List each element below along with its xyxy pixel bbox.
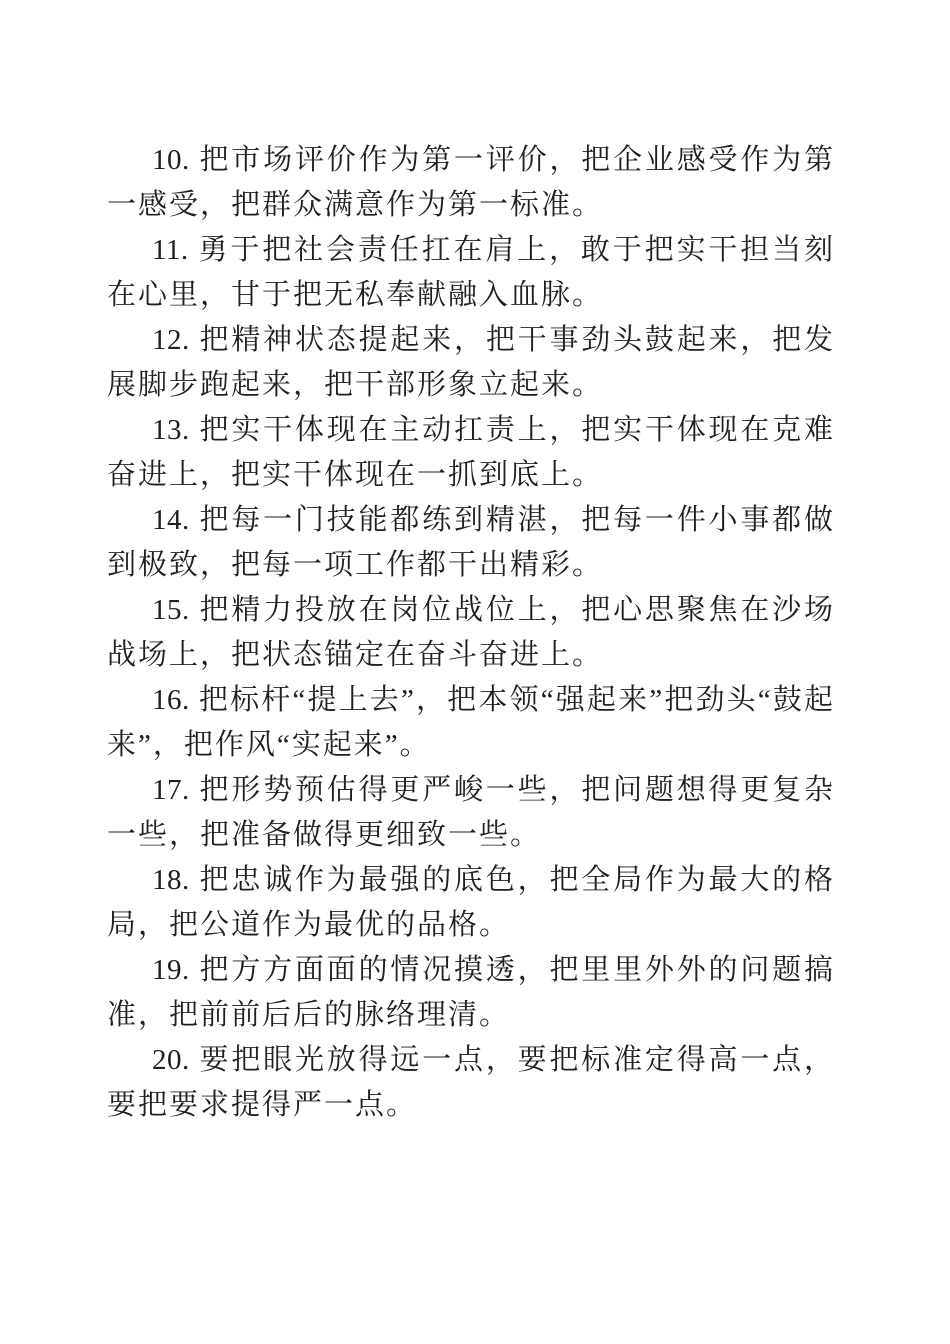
item-number: 15.	[152, 594, 190, 626]
item-number: 10.	[152, 144, 190, 176]
item-number: 18.	[152, 864, 190, 896]
item-number: 13.	[152, 414, 190, 446]
item-text: 把形势预估得更严峻一些，把问题想得更复杂一些，把准备做得更细致一些。	[107, 774, 835, 851]
list-item: 12.把精神状态提起来，把干事劲头鼓起来，把发展脚步跑起来，把干部形象立起来。	[107, 318, 835, 408]
list-item: 16.把标杆“提上去”，把本领“强起来”把劲头“鼓起来”，把作风“实起来”。	[107, 678, 835, 768]
item-text: 把每一门技能都练到精湛，把每一件小事都做到极致，把每一项工作都干出精彩。	[107, 504, 835, 581]
item-text: 把实干体现在主动扛责上，把实干体现在克难奋进上，把实干体现在一抓到底上。	[107, 414, 835, 491]
list-item: 18.把忠诚作为最强的底色，把全局作为最大的格局，把公道作为最优的品格。	[107, 858, 835, 948]
list-item: 10.把市场评价作为第一评价，把企业感受作为第一感受，把群众满意作为第一标准。	[107, 138, 835, 228]
list-item: 14.把每一门技能都练到精湛，把每一件小事都做到极致，把每一项工作都干出精彩。	[107, 498, 835, 588]
item-text: 把标杆“提上去”，把本领“强起来”把劲头“鼓起来”，把作风“实起来”。	[107, 684, 835, 761]
item-text: 把忠诚作为最强的底色，把全局作为最大的格局，把公道作为最优的品格。	[107, 864, 835, 941]
item-text: 把精神状态提起来，把干事劲头鼓起来，把发展脚步跑起来，把干部形象立起来。	[107, 324, 835, 401]
item-text: 勇于把社会责任扛在肩上，敢于把实干担当刻在心里，甘于把无私奉献融入血脉。	[107, 234, 835, 311]
item-text: 把市场评价作为第一评价，把企业感受作为第一感受，把群众满意作为第一标准。	[107, 144, 835, 221]
item-number: 16.	[152, 684, 190, 716]
item-number: 14.	[152, 504, 190, 536]
list-item: 15.把精力投放在岗位战位上，把心思聚焦在沙场战场上，把状态锚定在奋斗奋进上。	[107, 588, 835, 678]
item-number: 11.	[152, 234, 189, 266]
document-page: 10.把市场评价作为第一评价，把企业感受作为第一感受，把群众满意作为第一标准。 …	[0, 0, 950, 1344]
document-body: 10.把市场评价作为第一评价，把企业感受作为第一感受，把群众满意作为第一标准。 …	[107, 138, 835, 1128]
item-number: 12.	[152, 324, 190, 356]
item-number: 19.	[152, 954, 190, 986]
list-item: 13.把实干体现在主动扛责上，把实干体现在克难奋进上，把实干体现在一抓到底上。	[107, 408, 835, 498]
list-item: 19.把方方面面的情况摸透，把里里外外的问题搞准，把前前后后的脉络理清。	[107, 948, 835, 1038]
item-number: 17.	[152, 774, 190, 806]
list-item: 17.把形势预估得更严峻一些，把问题想得更复杂一些，把准备做得更细致一些。	[107, 768, 835, 858]
item-text: 把方方面面的情况摸透，把里里外外的问题搞准，把前前后后的脉络理清。	[107, 954, 835, 1031]
item-text: 要把眼光放得远一点，要把标准定得高一点，要把要求提得严一点。	[107, 1044, 835, 1121]
item-number: 20.	[152, 1044, 190, 1076]
list-item: 11.勇于把社会责任扛在肩上，敢于把实干担当刻在心里，甘于把无私奉献融入血脉。	[107, 228, 835, 318]
item-text: 把精力投放在岗位战位上，把心思聚焦在沙场战场上，把状态锚定在奋斗奋进上。	[107, 594, 835, 671]
list-item: 20.要把眼光放得远一点，要把标准定得高一点，要把要求提得严一点。	[107, 1038, 835, 1128]
